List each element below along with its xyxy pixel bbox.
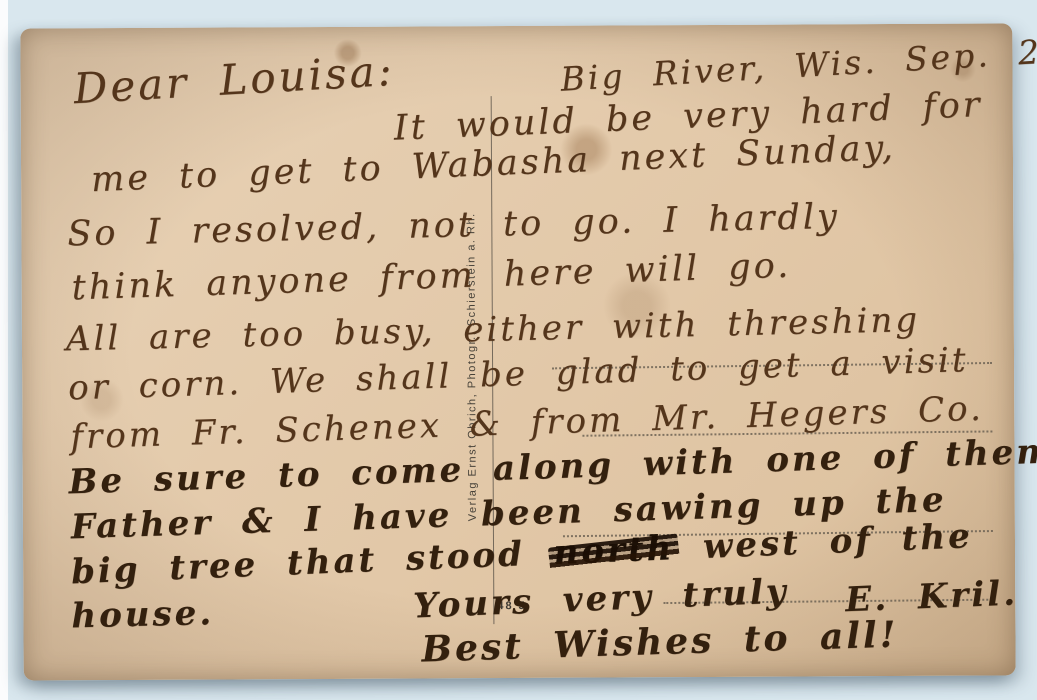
scanned-photo-background: Verlag Ernst Obrich, Photogr., Schierste… [0,0,1037,700]
postcard: Verlag Ernst Obrich, Photogr., Schierste… [20,23,1015,680]
handwritten-line: So I resolved, not to go. I hardly [67,197,840,255]
salutation: Dear Louisa: [72,46,396,113]
scribbled-out-word: north [553,528,675,573]
signature: E. Kril. [845,573,1019,620]
closing-word: house. [71,593,215,636]
handwritten-line: think anyone from here will go. [71,246,792,309]
